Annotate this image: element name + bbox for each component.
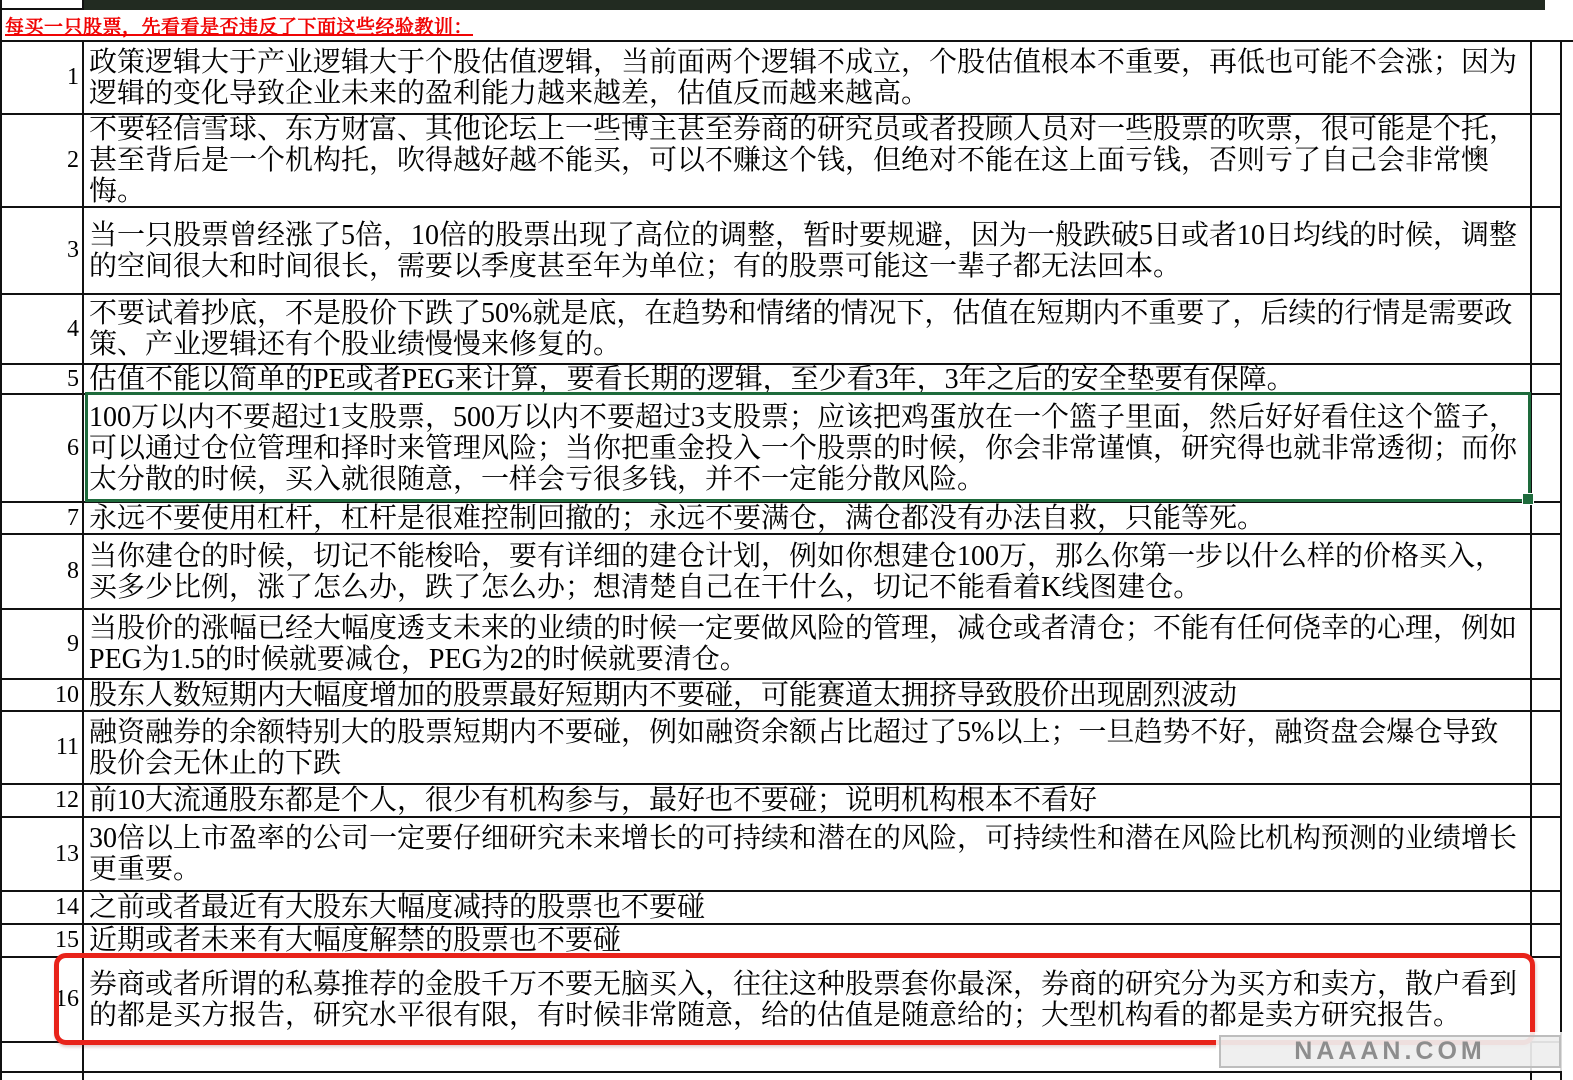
row-text-cell[interactable]: 股东人数短期内大幅度增加的股票最好短期内不要碰，可能赛道太拥挤导致股价出现剧烈波…: [84, 680, 1532, 710]
table-row-16-highlighted: 16 券商或者所谓的私募推荐的金股千万不要无脑买入，往往这种股票套你最深，券商的…: [0, 958, 1562, 1043]
row-text-cell[interactable]: 融资融券的余额特别大的股票短期内不要碰，例如融资余额占比超过了5%以上；一旦趋势…: [84, 712, 1532, 783]
row-tail-cell[interactable]: [1532, 712, 1562, 783]
table-row-11: 11 融资融券的余额特别大的股票短期内不要碰，例如融资余额占比超过了5%以上；一…: [0, 712, 1562, 785]
row-text-cell[interactable]: 之前或者最近有大股东大幅度减持的股票也不要碰: [84, 892, 1532, 923]
row-tail-cell[interactable]: [1532, 892, 1562, 923]
row-text: 券商或者所谓的私募推荐的金股千万不要无脑买入，往往这种股票套你最深，券商的研究分…: [89, 969, 1520, 1031]
row-number[interactable]: 12: [2, 785, 84, 816]
row-text: 永远不要使用杠杆，杠杆是很难控制回撤的；永远不要满仓，满仓都没有办法自救，只能等…: [89, 503, 1265, 534]
row-tail-cell[interactable]: [1532, 208, 1562, 293]
table-row-5: 5 估值不能以简单的PE或者PEG来计算，要看长期的逻辑，至少看3年，3年之后的…: [0, 365, 1562, 395]
row-text-cell[interactable]: 政策逻辑大于产业逻辑大于个股估值逻辑，当前面两个逻辑不成立，个股估值根本不重要，…: [84, 42, 1532, 113]
row-text: 估值不能以简单的PE或者PEG来计算，要看长期的逻辑，至少看3年，3年之后的安全…: [89, 365, 1295, 395]
row-number-cell-empty[interactable]: [2, 1043, 84, 1071]
table-row-7: 7 永远不要使用杠杆，杠杆是很难控制回撤的；永远不要满仓，满仓都没有办法自救，只…: [0, 503, 1562, 535]
row-text: 100万以内不要超过1支股票，500万以内不要超过3支股票；应该把鸡蛋放在一个篮…: [89, 402, 1520, 495]
row-text-cell[interactable]: 当一只股票曾经涨了5倍，10倍的股票出现了高位的调整，暂时要规避，因为一般跌破5…: [84, 208, 1532, 293]
row-text-cell[interactable]: 当你建仓的时候，切记不能梭哈，要有详细的建仓计划，例如你想建仓100万，那么你第…: [84, 535, 1532, 608]
row-tail-cell[interactable]: [1532, 503, 1562, 533]
table-row-14: 14 之前或者最近有大股东大幅度减持的股票也不要碰: [0, 892, 1562, 925]
row-number[interactable]: 1: [2, 42, 84, 113]
row-text: 不要试着抄底，不是股价下跌了50%就是底，在趋势和情绪的情况下，估值在短期内不重…: [89, 298, 1520, 360]
table-row-15: 15 近期或者未来有大幅度解禁的股票也不要碰: [0, 925, 1562, 958]
row-number[interactable]: 4: [2, 295, 84, 363]
top-strip-cell: [0, 0, 84, 10]
row-text: 股东人数短期内大幅度增加的股票最好短期内不要碰，可能赛道太拥挤导致股价出现剧烈波…: [89, 680, 1237, 711]
row-number[interactable]: 9: [2, 610, 84, 678]
row-tail-cell[interactable]: [1532, 925, 1562, 956]
row-number[interactable]: 2: [2, 115, 84, 206]
row-number[interactable]: 6: [2, 395, 84, 501]
watermark-badge: NAAAN.COM: [1219, 1035, 1561, 1068]
table-row-10: 10 股东人数短期内大幅度增加的股票最好短期内不要碰，可能赛道太拥挤导致股价出现…: [0, 680, 1562, 712]
table: 1 政策逻辑大于产业逻辑大于个股估值逻辑，当前面两个逻辑不成立，个股估值根本不重…: [0, 42, 1562, 1080]
row-number[interactable]: 14: [2, 892, 84, 923]
row-tail-cell[interactable]: [1532, 535, 1562, 608]
row-text-cell[interactable]: 券商或者所谓的私募推荐的金股千万不要无脑买入，往往这种股票套你最深，券商的研究分…: [84, 958, 1532, 1041]
row-text: 30倍以上市盈率的公司一定要仔细研究未来增长的可持续和潜在的风险，可持续性和潜在…: [89, 823, 1520, 885]
table-row-6-selected: 6 100万以内不要超过1支股票，500万以内不要超过3支股票；应该把鸡蛋放在一…: [0, 395, 1562, 503]
row-text-cell[interactable]: 当股价的涨幅已经大幅度透支未来的业绩的时候一定要做风险的管理，减仓或者清仓；不能…: [84, 610, 1532, 678]
row-tail-cell[interactable]: [1532, 958, 1562, 1041]
row-text-cell[interactable]: 不要试着抄底，不是股价下跌了50%就是底，在趋势和情绪的情况下，估值在短期内不重…: [84, 295, 1532, 363]
row-number[interactable]: 15: [2, 925, 84, 956]
row-text-cell-empty[interactable]: [84, 1073, 1532, 1080]
row-text-cell[interactable]: 100万以内不要超过1支股票，500万以内不要超过3支股票；应该把鸡蛋放在一个篮…: [84, 395, 1532, 501]
row-tail-cell[interactable]: [1532, 818, 1562, 890]
row-tail-cell[interactable]: [1532, 610, 1562, 678]
row-tail-cell[interactable]: [1532, 1073, 1562, 1080]
row-number[interactable]: 11: [2, 712, 84, 783]
table-row-2: 2 不要轻信雪球、东方财富、其他论坛上一些博主甚至券商的研究员或者投顾人员对一些…: [0, 115, 1562, 208]
table-row-4: 4 不要试着抄底，不是股价下跌了50%就是底，在趋势和情绪的情况下，估值在短期内…: [0, 295, 1562, 365]
row-text-cell[interactable]: 估值不能以简单的PE或者PEG来计算，要看长期的逻辑，至少看3年，3年之后的安全…: [84, 365, 1532, 393]
table-row-1: 1 政策逻辑大于产业逻辑大于个股估值逻辑，当前面两个逻辑不成立，个股估值根本不重…: [0, 42, 1562, 115]
row-text: 政策逻辑大于产业逻辑大于个股估值逻辑，当前面两个逻辑不成立，个股估值根本不重要，…: [89, 47, 1520, 109]
row-number[interactable]: 8: [2, 535, 84, 608]
row-text-cell[interactable]: 不要轻信雪球、东方财富、其他论坛上一些博主甚至券商的研究员或者投顾人员对一些股票…: [84, 115, 1532, 206]
row-text: 当一只股票曾经涨了5倍，10倍的股票出现了高位的调整，暂时要规避，因为一般跌破5…: [89, 220, 1520, 282]
row-text-cell[interactable]: 前10大流通股东都是个人，很少有机构参与，最好也不要碰；说明机构根本不看好: [84, 785, 1532, 816]
row-text: 前10大流通股东都是个人，很少有机构参与，最好也不要碰；说明机构根本不看好: [89, 785, 1097, 816]
row-tail-cell[interactable]: [1532, 365, 1562, 393]
row-text-cell[interactable]: 30倍以上市盈率的公司一定要仔细研究未来增长的可持续和潜在的风险，可持续性和潜在…: [84, 818, 1532, 890]
row-text-cell[interactable]: 近期或者未来有大幅度解禁的股票也不要碰: [84, 925, 1532, 956]
row-text: 当你建仓的时候，切记不能梭哈，要有详细的建仓计划，例如你想建仓100万，那么你第…: [89, 541, 1520, 603]
row-number[interactable]: 7: [2, 503, 84, 533]
row-tail-cell[interactable]: [1532, 42, 1562, 113]
row-text: 不要轻信雪球、东方财富、其他论坛上一些博主甚至券商的研究员或者投顾人员对一些股票…: [89, 115, 1520, 207]
row-text-cell[interactable]: 永远不要使用杠杆，杠杆是很难控制回撤的；永远不要满仓，满仓都没有办法自救，只能等…: [84, 503, 1532, 533]
title-row[interactable]: 每买一只股票，先看看是否违反了下面这些经验教训：: [0, 10, 1573, 42]
row-text: 之前或者最近有大股东大幅度减持的股票也不要碰: [89, 892, 705, 923]
table-row-3: 3 当一只股票曾经涨了5倍，10倍的股票出现了高位的调整，暂时要规避，因为一般跌…: [0, 208, 1562, 295]
row-number-cell-empty[interactable]: [2, 1073, 84, 1080]
page-title: 每买一只股票，先看看是否违反了下面这些经验教训：: [2, 12, 473, 39]
row-tail-cell[interactable]: [1532, 785, 1562, 816]
table-row-13: 13 30倍以上市盈率的公司一定要仔细研究未来增长的可持续和潜在的风险，可持续性…: [0, 818, 1562, 892]
row-number[interactable]: 3: [2, 208, 84, 293]
row-number[interactable]: 13: [2, 818, 84, 890]
top-strip: [0, 0, 1573, 10]
row-tail-cell[interactable]: [1532, 115, 1562, 206]
partial-bottom-row: [0, 1073, 1562, 1080]
row-text: 当股价的涨幅已经大幅度透支未来的业绩的时候一定要做风险的管理，减仓或者清仓；不能…: [89, 613, 1520, 675]
table-row-8: 8 当你建仓的时候，切记不能梭哈，要有详细的建仓计划，例如你想建仓100万，那么…: [0, 535, 1562, 610]
row-number[interactable]: 16: [2, 958, 84, 1041]
row-tail-cell[interactable]: [1532, 295, 1562, 363]
row-tail-cell[interactable]: [1532, 680, 1562, 710]
table-row-12: 12 前10大流通股东都是个人，很少有机构参与，最好也不要碰；说明机构根本不看好: [0, 785, 1562, 818]
spreadsheet-screenshot: 每买一只股票，先看看是否违反了下面这些经验教训： 1 政策逻辑大于产业逻辑大于个…: [0, 0, 1573, 1080]
row-number[interactable]: 10: [2, 680, 84, 710]
table-row-9: 9 当股价的涨幅已经大幅度透支未来的业绩的时候一定要做风险的管理，减仓或者清仓；…: [0, 610, 1562, 680]
row-text: 融资融券的余额特别大的股票短期内不要碰，例如融资余额占比超过了5%以上；一旦趋势…: [89, 717, 1520, 779]
row-tail-cell[interactable]: [1532, 395, 1562, 501]
top-strip-dark-bar: [84, 0, 1545, 10]
row-number[interactable]: 5: [2, 365, 84, 393]
row-text: 近期或者未来有大幅度解禁的股票也不要碰: [89, 925, 621, 956]
watermark-text: NAAAN.COM: [1294, 1037, 1486, 1066]
